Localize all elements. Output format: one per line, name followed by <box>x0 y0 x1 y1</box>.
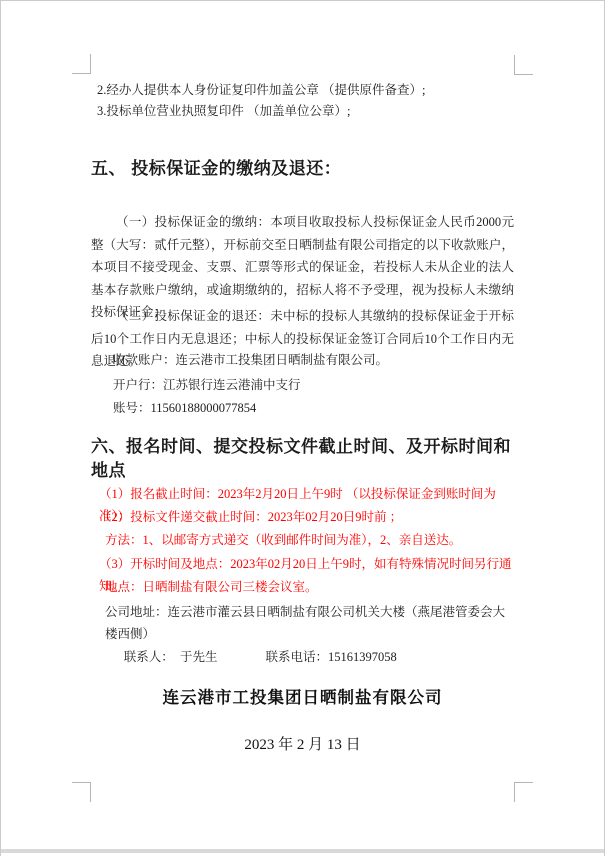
margin-crop-mark-top-left <box>72 54 91 74</box>
margin-crop-mark-top-right <box>514 55 533 75</box>
bank-line: 开户行：江苏银行连云港浦中支行 <box>91 374 514 396</box>
section5-heading: 五、 投标保证金的缴纳及退还： <box>91 157 514 181</box>
intro-item-license-copy: 3.投标单位营业执照复印件 （加盖单位公章）; <box>91 100 514 122</box>
contact-phone: 联系电话：15161397058 <box>266 650 397 664</box>
account-name-line: 收款账户：连云港市工投集团日晒制盐有限公司。 <box>91 349 514 371</box>
venue-line: 地点：日晒制盐有限公司三楼会议室。 <box>91 576 514 598</box>
intro-item-id-copy: 2.经办人提供本人身份证复印件加盖公章 （提供原件备查）; <box>91 79 514 101</box>
document-page: 2.经办人提供本人身份证复印件加盖公章 （提供原件备查）; 3.投标单位营业执照… <box>0 0 605 856</box>
signature-date: 2023 年 2 月 13 日 <box>91 734 514 756</box>
delivery-method-line: 方法：1、以邮寄方式递交（收到邮件时间为准），2、亲自送达。 <box>91 529 514 551</box>
submit-deadline-line: （2）投标文件递交截止时间：2023年02月20日9时前 ； <box>91 506 514 528</box>
contact-person: 联系人： 于先生 <box>124 650 218 664</box>
margin-crop-mark-bottom-left <box>72 782 91 802</box>
margin-crop-mark-bottom-right <box>514 782 533 802</box>
contact-line: 联系人： 于先生联系电话：15161397058 <box>91 624 514 690</box>
page-bottom-edge <box>1 849 604 853</box>
account-number-line: 账号：11560188000077854 <box>91 397 514 419</box>
section6-heading: 六、报名时间、提交投标文件截止时间、及开标时间和地点 <box>91 435 514 483</box>
signature-company-name: 连云港市工投集团日晒制盐有限公司 <box>91 687 514 709</box>
